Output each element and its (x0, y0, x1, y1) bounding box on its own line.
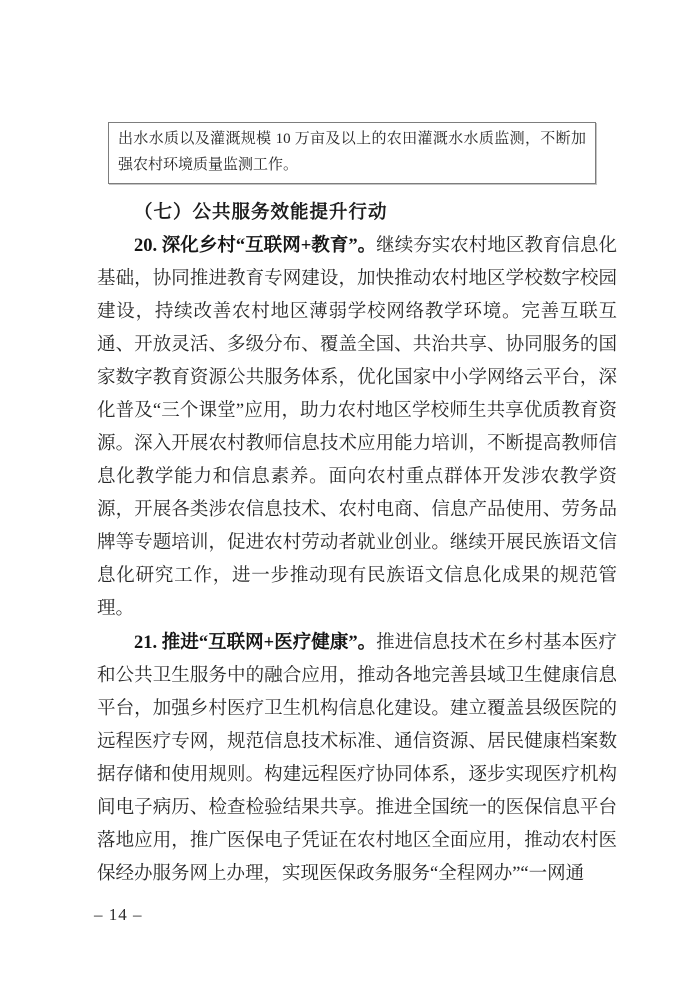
page-number: – 14 – (94, 905, 143, 925)
document-page: 出水水质以及灌溉规模 10 万亩及以上的农田灌溉水水质监测，不断加强农村环境质量… (97, 122, 617, 891)
paragraph-21-lead: 21. 推进“互联网+医疗健康”。 (134, 633, 376, 653)
paragraph-20: 20. 深化乡村“互联网+教育”。继续夯实农村地区教育信息化基础，协同推进教育专… (97, 230, 617, 626)
section-heading: （七）公共服务效能提升行动 (97, 197, 617, 230)
paragraph-21-body: 推进信息技术在乡村基本医疗和公共卫生服务中的融合应用，推动各地完善县域卫生健康信… (97, 633, 617, 884)
boxed-note: 出水水质以及灌溉规模 10 万亩及以上的农田灌溉水水质监测，不断加强农村环境质量… (108, 122, 596, 184)
paragraph-21: 21. 推进“互联网+医疗健康”。推进信息技术在乡村基本医疗和公共卫生服务中的融… (97, 627, 617, 891)
paragraph-20-body: 继续夯实农村地区教育信息化基础，协同推进教育专网建设，加快推动农村地区学校数字校… (97, 236, 617, 619)
paragraph-20-lead: 20. 深化乡村“互联网+教育”。 (134, 236, 376, 256)
